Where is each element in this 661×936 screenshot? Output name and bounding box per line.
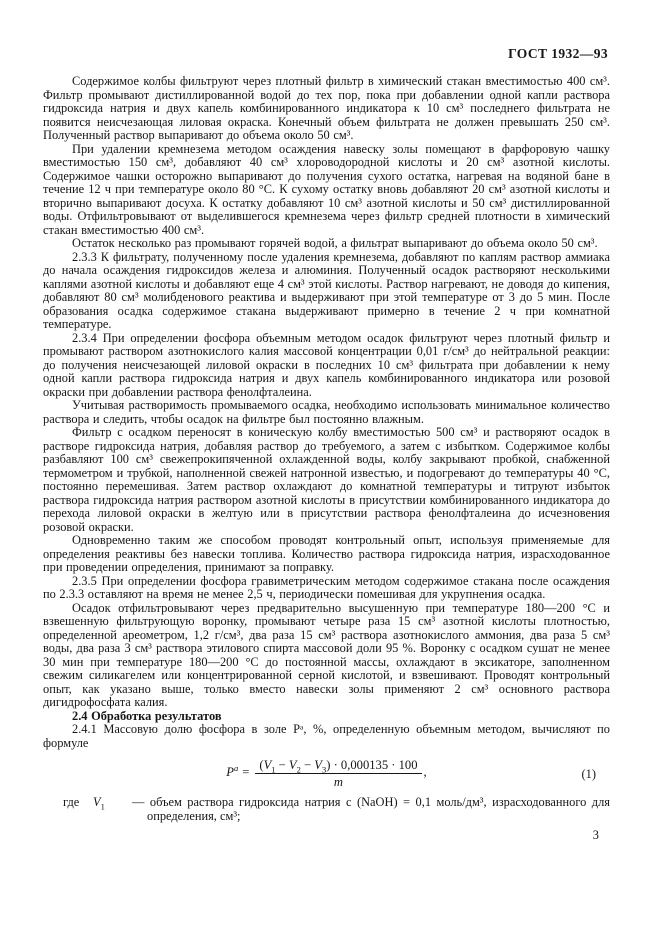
paragraph-2-4-1: 2.4.1 Массовую долю фосфора в золе Pᵃ, %… bbox=[43, 723, 610, 750]
fraction: (V1 − V2 − V3) · 0,000135 · 100m bbox=[255, 758, 421, 789]
paragraph-gravimetric-details: Осадок отфильтровывают через предварител… bbox=[43, 602, 610, 710]
paragraph-2-3-5: 2.3.5 При определении фосфора гравиметри… bbox=[43, 575, 610, 602]
formula-lhs: P bbox=[226, 765, 234, 779]
document-page: ГОСТ 1932—93 Содержимое колбы фильтруют … bbox=[0, 0, 661, 936]
paragraph-solubility-note: Учитывая растворимость промываемого осад… bbox=[43, 399, 610, 426]
where-lead-word: где bbox=[63, 796, 93, 823]
paragraph-residue-wash: Остаток несколько раз промывают горячей … bbox=[43, 237, 610, 251]
document-body: Содержимое колбы фильтруют через плотный… bbox=[43, 75, 610, 750]
document-header: ГОСТ 1932—93 bbox=[43, 46, 608, 61]
fraction-numerator: (V1 − V2 − V3) · 0,000135 · 100 bbox=[255, 758, 421, 774]
paragraph-control-test: Одновременно таким же способом проводят … bbox=[43, 534, 610, 575]
section-heading-results: 2.4 Обработка результатов bbox=[43, 710, 610, 724]
standard-number: ГОСТ 1932—93 bbox=[508, 46, 608, 61]
formula-block: Pа=(V1 − V2 − V3) · 0,000135 · 100m, (1) bbox=[43, 758, 610, 789]
where-clause: где V1 — объем раствора гидроксида натри… bbox=[43, 796, 610, 823]
formula: Pа=(V1 − V2 − V3) · 0,000135 · 100m, bbox=[226, 765, 426, 779]
paragraph-filtering: Содержимое колбы фильтруют через плотный… bbox=[43, 75, 610, 143]
paragraph-filter-transfer: Фильтр с осадком переносят в коническую … bbox=[43, 426, 610, 534]
where-definition: — объем раствора гидроксида натрия c (Na… bbox=[132, 796, 610, 823]
where-symbol: V1 bbox=[93, 796, 132, 823]
fraction-denominator: m bbox=[255, 774, 421, 789]
paragraph-2-3-4: 2.3.4 При определении фосфора объемным м… bbox=[43, 332, 610, 400]
equation-number: (1) bbox=[582, 767, 596, 781]
paragraph-2-3-3: 2.3.3 К фильтрату, полученному после уда… bbox=[43, 251, 610, 332]
equals-sign: = bbox=[242, 765, 249, 779]
paragraph-silica-removal: При удалении кремнезема методом осаждени… bbox=[43, 143, 610, 238]
page-number: 3 bbox=[593, 828, 599, 843]
formula-lhs-superscript: а bbox=[234, 763, 238, 773]
formula-comma: , bbox=[424, 765, 427, 779]
